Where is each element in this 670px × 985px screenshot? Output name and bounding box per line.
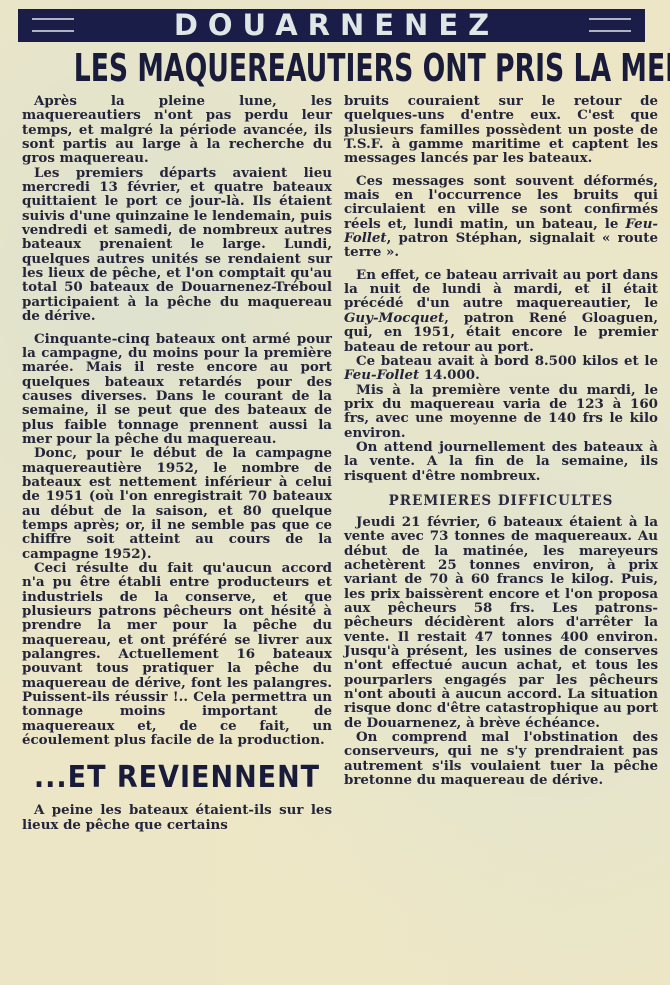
banner-title: DOUARNENEZ: [174, 9, 499, 42]
paragraph: Ceci résulte du fait qu'aucun accord n'a…: [22, 561, 332, 747]
paragraph: Ce bateau avait à bord 8.500 kilos et le…: [344, 354, 658, 383]
paragraph: Donc, pour le début de la campagne maque…: [22, 446, 332, 561]
text: 14.000.: [419, 367, 480, 383]
paragraph: Après la pleine lune, les maquereautiers…: [22, 94, 332, 166]
text: En effet, ce bateau arrivait au port dan…: [344, 267, 658, 312]
paragraph: Cinquante-cinq bateaux ont armé pour la …: [22, 332, 332, 447]
paragraph: Jeudi 21 février, 6 bateaux étaient à la…: [344, 515, 658, 730]
paragraph: Ces messages sont souvent déformés, mais…: [344, 174, 658, 260]
section-subheading: PREMIERES DIFFICULTES: [344, 493, 658, 509]
paragraph: Les premiers départs avaient lieu mercre…: [22, 166, 332, 324]
text: Ces messages sont souvent déformés, mais…: [344, 173, 658, 232]
paragraph: On comprend mal l'obstination des conser…: [344, 730, 658, 787]
banner-rule-decoration-right: [589, 18, 631, 32]
section-subheading: ...ET REVIENNENT: [22, 759, 332, 797]
boat-name: Feu-Follet: [344, 367, 419, 383]
paragraph: En effet, ce bateau arrivait au port dan…: [344, 268, 658, 354]
paragraph: Mis à la première vente du mardi, le pri…: [344, 383, 658, 440]
text: , patron Stéphan, signalait « route terr…: [344, 230, 658, 260]
paragraph: On attend journellement des bateaux à la…: [344, 440, 658, 483]
left-column: Après la pleine lune, les maquereautiers…: [22, 94, 332, 832]
banner-rule-decoration-left: [32, 18, 74, 32]
section-banner: DOUARNENEZ: [18, 9, 645, 42]
paragraph: bruits couraient sur le retour de quelqu…: [344, 94, 658, 166]
paragraph: A peine les bateaux étaient-ils sur les …: [22, 803, 332, 832]
article-headline: LES MAQUEREAUTIERS ONT PRIS LA MER: [74, 44, 597, 92]
right-column: bruits couraient sur le retour de quelqu…: [344, 94, 658, 787]
